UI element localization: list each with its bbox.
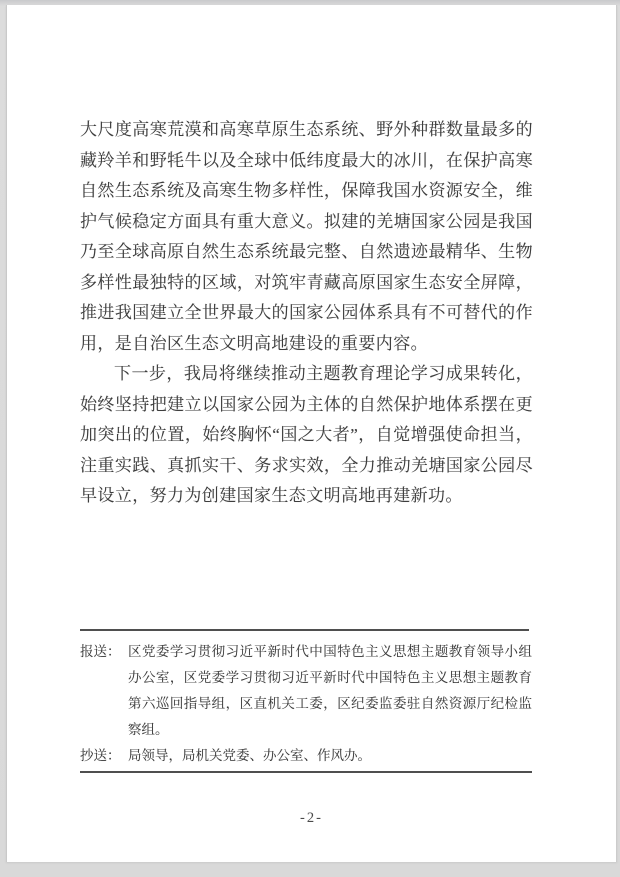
body-paragraph-1: 大尺度高寒荒漠和高寒草原生态系统、野外种群数量最多的藏羚羊和野牦牛以及全球中低纬…	[80, 115, 533, 359]
text-line: 办公室，区党委学习贯彻习近平新时代中国特色主义思想主题教育	[128, 665, 532, 691]
text-line: 藏羚羊和野牦牛以及全球中低纬度最大的冰川，在保护高寒	[80, 146, 533, 177]
footer-bottom-rule	[80, 771, 532, 773]
text-line: 自然生态系统及高寒生物多样性，保障我国水资源安全，维	[80, 176, 533, 207]
text-line: 注重实践、真抓实干、务求实效，全力推动羌塘国家公园尽	[80, 451, 533, 482]
report-to-row: 报送： 区党委学习贯彻习近平新时代中国特色主义思想主题教育领导小组办公室，区党委…	[80, 639, 532, 743]
footer-top-rule	[80, 629, 529, 631]
text-line: 局领导，局机关党委、办公室、作风办。	[128, 743, 532, 769]
text-line: 大尺度高寒荒漠和高寒草原生态系统、野外种群数量最多的	[80, 115, 533, 146]
text-line: 区党委学习贯彻习近平新时代中国特色主义思想主题教育领导小组	[128, 639, 532, 665]
text-line: 下一步，我局将继续推动主题教育理论学习成果转化，	[80, 359, 533, 390]
text-line: 护气候稳定方面具有重大意义。拟建的羌塘国家公园是我国	[80, 207, 533, 238]
report-to-recipients: 区党委学习贯彻习近平新时代中国特色主义思想主题教育领导小组办公室，区党委学习贯彻…	[128, 639, 532, 743]
text-line: 推进我国建立全世界最大的国家公园体系具有不可替代的作	[80, 298, 533, 329]
text-line: 加突出的位置，始终胸怀“国之大者”，自觉增强使命担当，	[80, 420, 533, 451]
distribution-block: 报送： 区党委学习贯彻习近平新时代中国特色主义思想主题教育领导小组办公室，区党委…	[80, 639, 532, 769]
text-line: 第六巡回指导组，区直机关工委，区纪委监委驻自然资源厅纪检监	[128, 691, 532, 717]
text-line: 察组。	[128, 717, 532, 743]
text-line: 始终坚持把建立以国家公园为主体的自然保护地体系摆在更	[80, 390, 533, 421]
body-paragraph-2: 下一步，我局将继续推动主题教育理论学习成果转化，始终坚持把建立以国家公园为主体的…	[80, 359, 533, 512]
text-line: 多样性最独特的区域，对筑牢青藏高原国家生态安全屏障，	[80, 268, 533, 299]
copy-to-recipients: 局领导，局机关党委、办公室、作风办。	[128, 743, 532, 769]
text-line: 用，是自治区生态文明高地建设的重要内容。	[80, 329, 533, 360]
text-line: 早设立，努力为创建国家生态文明高地再建新功。	[80, 481, 533, 512]
text-line: 乃至全球高原自然生态系统最完整、自然遗迹最精华、生物	[80, 237, 533, 268]
copy-to-row: 抄送： 局领导，局机关党委、办公室、作风办。	[80, 743, 532, 769]
document-body: 大尺度高寒荒漠和高寒草原生态系统、野外种群数量最多的藏羚羊和野牦牛以及全球中低纬…	[80, 115, 533, 512]
document-page: 大尺度高寒荒漠和高寒草原生态系统、野外种群数量最多的藏羚羊和野牦牛以及全球中低纬…	[6, 5, 617, 862]
copy-to-label: 抄送：	[80, 743, 128, 769]
report-to-label: 报送：	[80, 639, 128, 665]
page-number: -2-	[7, 810, 616, 827]
